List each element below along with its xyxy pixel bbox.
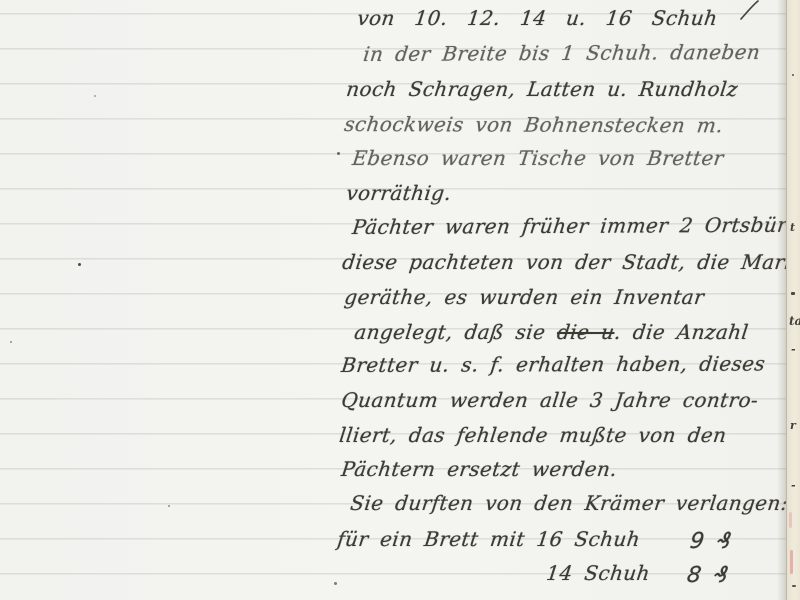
ink-speck <box>78 263 81 266</box>
edge-text-fragment: - <box>791 344 796 355</box>
ink-speck <box>337 152 340 155</box>
handwritten-line: Bretter u. s. f. erhalten haben, dieses <box>340 352 767 377</box>
ink-speck <box>94 95 96 97</box>
line-text: . die Anzahl <box>613 320 750 344</box>
line-text: angelegt, daß sie <box>353 320 559 344</box>
manuscript-scan: von 10. 12. 14 u. 16 Schuh in der Breite… <box>0 0 800 600</box>
handwritten-line-price: für ein Brett mit 16 Schuh <box>336 527 642 551</box>
ink-speck <box>168 505 170 507</box>
price-pfennig-value: 8 ₰ <box>685 563 733 588</box>
handwritten-line: Pächtern ersetzt werden. <box>340 457 619 481</box>
handwritten-line: Quantum werden alle 3 Jahre contro- <box>340 388 760 412</box>
handwritten-line: noch Schragen, Latten u. Rundholz <box>345 77 739 101</box>
handwritten-line: lliert, das fehlende mußte von den <box>338 423 728 447</box>
handwritten-line: schockweis von Bohnenstecken m. <box>343 112 725 137</box>
edge-speck <box>792 585 796 587</box>
edge-speck <box>791 292 795 295</box>
handwritten-line: Sie durften von den Krämer verlangen: <box>349 491 790 515</box>
edge-text-fragment: - <box>791 480 796 491</box>
handwritten-line: geräthe, es wurden ein Inventar <box>343 285 706 309</box>
handwritten-line: vorräthig. <box>345 181 453 205</box>
struck-word: die u <box>556 320 616 344</box>
ink-speck <box>10 341 12 343</box>
handwritten-line: Pächter waren früher immer 2 Ortsbürger, <box>351 213 800 239</box>
pink-ink-mark <box>790 550 793 574</box>
price-pfennig-value: 9 ₰ <box>688 529 736 554</box>
edge-text-fragment: r <box>790 420 796 431</box>
edge-speck <box>792 74 794 76</box>
adjacent-page-edge: t ta - r - <box>786 0 800 600</box>
handwritten-line: von 10. 12. 14 u. 16 Schuh <box>356 6 719 30</box>
ink-speck <box>334 582 337 585</box>
edge-text-fragment: t <box>790 222 795 233</box>
handwritten-line: diese pachteten von der Stadt, die Markt… <box>341 250 800 274</box>
edge-text-fragment: ta <box>789 315 800 327</box>
handwritten-line: in der Breite bis 1 Schuh. daneben <box>362 40 762 66</box>
cutoff-pen-stroke <box>736 0 762 22</box>
handwritten-line: Ebenso waren Tische von Bretter <box>351 146 725 170</box>
handwritten-line: angelegt, daß sie die u. die Anzahl <box>353 320 750 344</box>
pink-ink-mark <box>789 512 792 528</box>
handwritten-line-price: 14 Schuh <box>545 561 652 585</box>
